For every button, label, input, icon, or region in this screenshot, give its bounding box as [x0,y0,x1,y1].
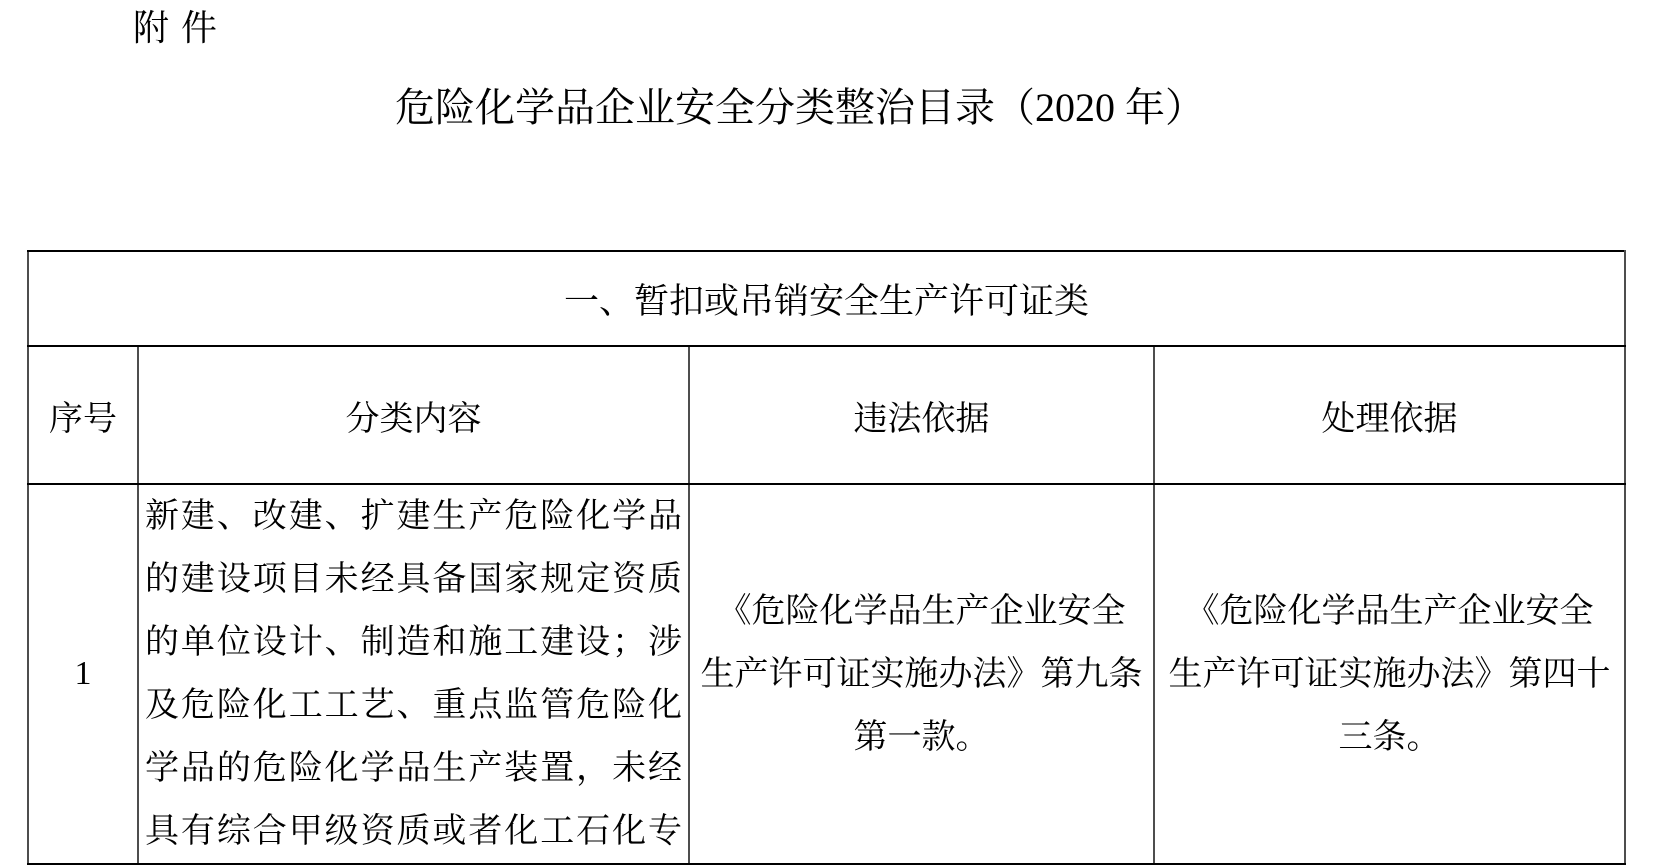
section-header-row: 一、暂扣或吊销安全生产许可证类 [28,251,1625,346]
section-header-cell: 一、暂扣或吊销安全生产许可证类 [28,251,1625,346]
content-cell: 新建、改建、扩建生产危险化学品 的建设项目未经具备国家规定资质 的单位设计、制造… [138,484,689,864]
column-header-handling: 处理依据 [1154,346,1625,484]
violation-basis-line: 第一款。 [690,706,1153,769]
content-line: 的建设项目未经具备国家规定资质 [145,548,682,611]
violation-basis-cell: 《危险化学品生产企业安全 生产许可证实施办法》第九条 第一款。 [689,484,1154,864]
content-line: 具有综合甲级资质或者化工石化专 [145,800,682,863]
content-line: 新建、改建、扩建生产危险化学品 [145,485,682,548]
handling-basis-line: 《危险化学品生产企业安全 [1155,580,1624,643]
handling-basis-line: 生产许可证实施办法》第四十 [1155,643,1624,706]
row-index-cell: 1 [28,484,138,864]
violation-basis-line: 生产许可证实施办法》第九条 [690,643,1153,706]
content-line: 的单位设计、制造和施工建设；涉 [145,611,682,674]
document-page: 附件 危险化学品企业安全分类整治目录（2020 年） 一、暂扣或吊销安全生产许可… [0,0,1653,866]
column-header-row: 序号 分类内容 违法依据 处理依据 [28,346,1625,484]
handling-basis-line: 三条。 [1155,706,1624,769]
column-header-violation: 违法依据 [689,346,1154,484]
handling-basis-cell: 《危险化学品生产企业安全 生产许可证实施办法》第四十 三条。 [1154,484,1625,864]
page-title: 危险化学品企业安全分类整治目录（2020 年） [0,84,1600,132]
catalog-table: 一、暂扣或吊销安全生产许可证类 序号 分类内容 违法依据 处理依据 1 新建、改… [27,250,1626,865]
content-line: 及危险化工工艺、重点监管危险化 [145,674,682,737]
column-header-content: 分类内容 [138,346,689,484]
table-row: 1 新建、改建、扩建生产危险化学品 的建设项目未经具备国家规定资质 的单位设计、… [28,484,1625,864]
content-line: 学品的危险化学品生产装置，未经 [145,737,682,800]
attachment-label: 附件 [133,6,229,50]
column-header-seq: 序号 [28,346,138,484]
violation-basis-line: 《危险化学品生产企业安全 [690,580,1153,643]
